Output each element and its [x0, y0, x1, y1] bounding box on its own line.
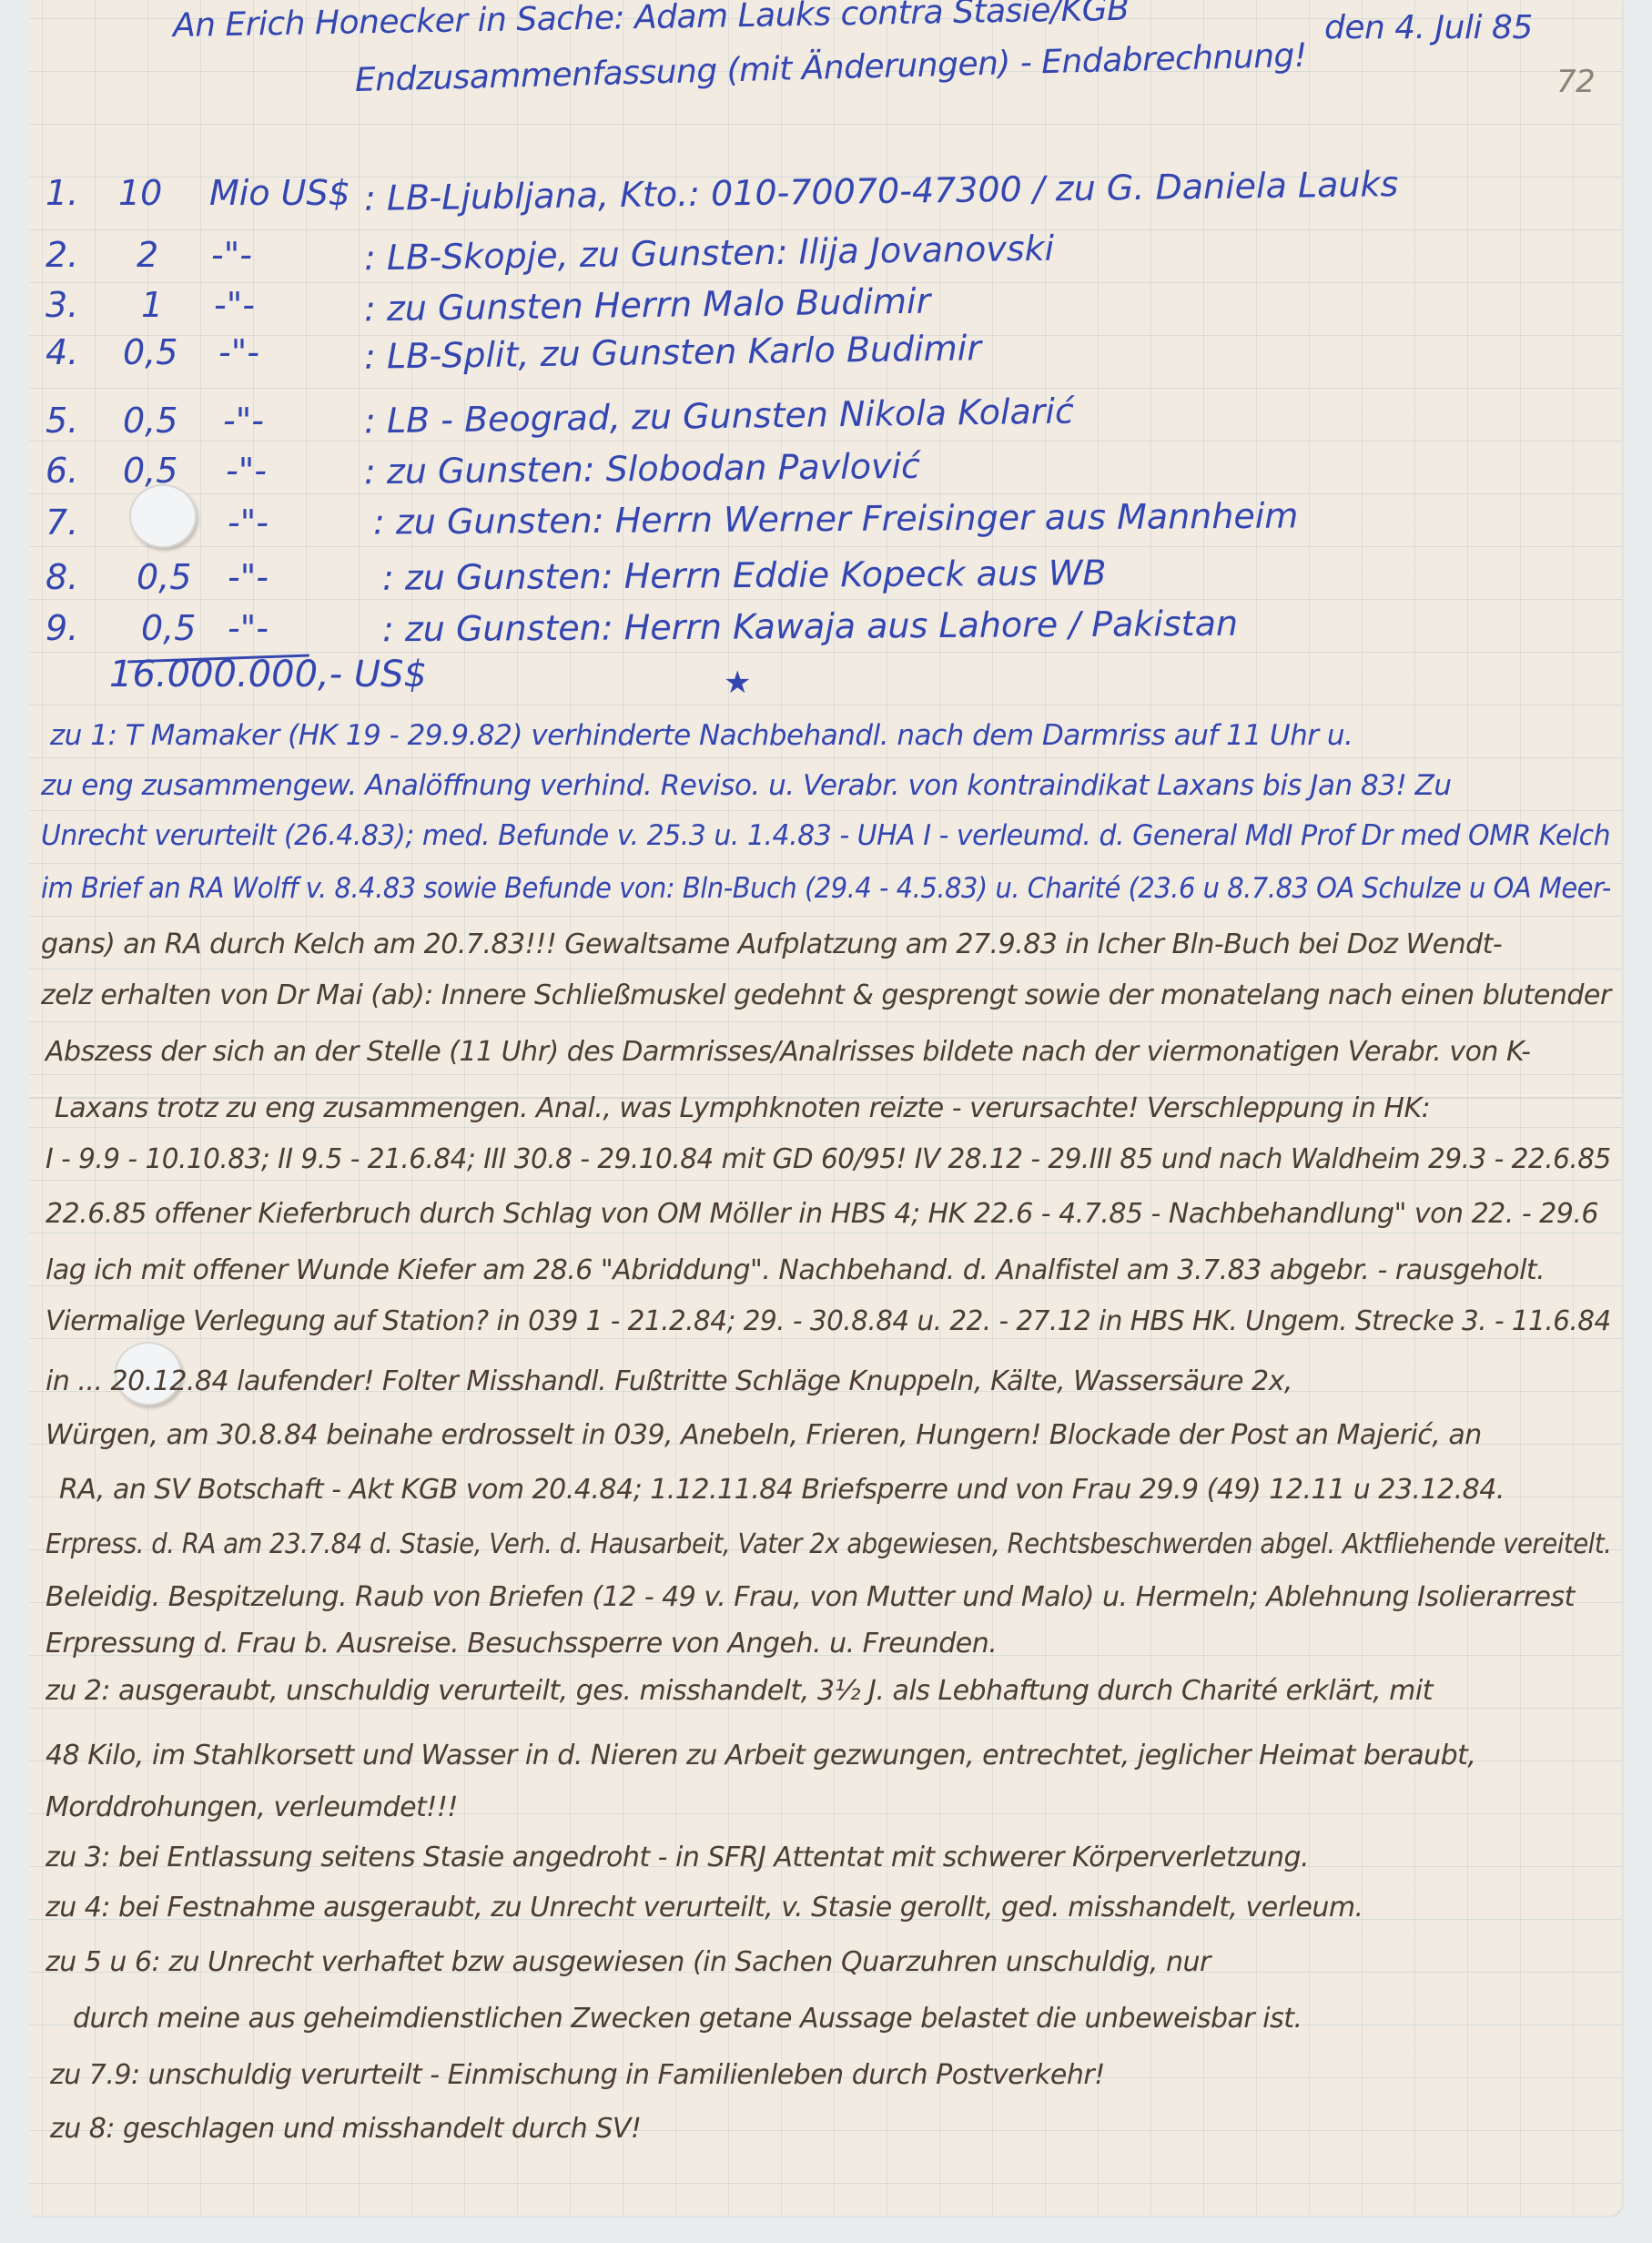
note-line: 48 Kilo, im Stahlkorsett und Wasser in d… [46, 1740, 1475, 1771]
payment-unit: -"- [218, 332, 259, 372]
payment-unit: -"- [211, 235, 252, 275]
note-line: Erpress. d. RA am 23.7.84 d. Stasie, Ver… [46, 1528, 1611, 1560]
punch-hole-top [129, 484, 197, 548]
note-line: zu 4: bei Festnahme ausgeraubt, zu Unrec… [46, 1892, 1363, 1923]
payment-num: 4. [46, 332, 78, 372]
payment-amount: 0,5 [141, 608, 196, 648]
note-line: zelz erhalten von Dr Mai (ab): Innere Sc… [41, 979, 1611, 1011]
payment-amount: 10 [118, 173, 162, 213]
note-line: Würgen, am 30.8.84 beinahe erdrosselt in… [46, 1419, 1482, 1451]
note-line: zu 1: T Mamaker (HK 19 - 29.9.82) verhin… [50, 719, 1353, 752]
note-line: Erpressung d. Frau b. Ausreise. Besuchss… [46, 1628, 997, 1659]
payment-num: 7. [46, 502, 78, 543]
note-line: Abszess der sich an der Stelle (11 Uhr) … [46, 1036, 1530, 1068]
note-line: Beleidig. Bespitzelung. Raub von Briefen… [46, 1581, 1575, 1613]
payment-unit: -"- [226, 451, 267, 491]
payment-total: 16.000.000,- US$ [109, 654, 427, 695]
note-line: zu 7.9: unschuldig verurteilt - Einmisch… [50, 2059, 1105, 2091]
page-number: 72 [1556, 64, 1595, 100]
note-line: lag ich mit offener Wunde Kiefer am 28.6… [46, 1254, 1545, 1286]
payment-unit: -"- [223, 401, 264, 441]
payment-unit: -"- [214, 285, 255, 325]
note-line: zu 3: bei Entlassung seitens Stasie ange… [46, 1842, 1309, 1873]
note-line: im Brief an RA Wolff v. 8.4.83 sowie Bef… [41, 872, 1611, 905]
note-line: in ... 20.12.84 laufender! Folter Missha… [46, 1365, 1292, 1397]
star-mark: ★ [724, 665, 751, 701]
payment-num: 8. [46, 557, 78, 597]
payment-text: : zu Gunsten: Herrn Werner Freisinger au… [373, 495, 1299, 542]
note-line: 22.6.85 offener Kieferbruch durch Schlag… [46, 1198, 1598, 1230]
note-line: I - 9.9 - 10.10.83; II 9.5 - 21.6.84; II… [46, 1143, 1611, 1175]
letter-date: den 4. Juli 85 [1324, 9, 1533, 46]
payment-num: 9. [46, 608, 78, 648]
note-line: Viermalige Verlegung auf Station? in 039… [46, 1305, 1611, 1337]
payment-text: : zu Gunsten Herrn Malo Budimir [364, 281, 931, 330]
payment-amount: 0,5 [123, 451, 177, 491]
payment-unit: -"- [228, 608, 269, 648]
note-line: Unrecht verurteilt (26.4.83); med. Befun… [41, 819, 1610, 852]
payment-num: 6. [46, 451, 78, 491]
note-line: Morddrohungen, verleumdet!!! [46, 1791, 458, 1823]
payment-unit: -"- [228, 557, 269, 597]
note-line: zu 8: geschlagen und misshandelt durch S… [50, 2113, 641, 2145]
note-line: zu eng zusammengew. Analöffnung verhind.… [41, 769, 1452, 802]
payment-text: : zu Gunsten: Herrn Kawaja aus Lahore / … [382, 604, 1238, 650]
payment-num: 2. [46, 235, 78, 275]
payment-unit: -"- [228, 502, 269, 543]
payment-amount: 0,5 [123, 401, 177, 441]
payment-amount: 2 [137, 235, 158, 275]
payment-num: 5. [46, 401, 78, 441]
payment-amount: 1 [141, 285, 163, 325]
payment-num: 1. [46, 173, 78, 213]
note-line: zu 5 u 6: zu Unrecht verhaftet bzw ausge… [46, 1946, 1211, 1978]
note-line: durch meine aus geheimdienstlichen Zweck… [73, 2003, 1302, 2035]
payment-text: : zu Gunsten: Slobodan Pavlović [364, 446, 920, 492]
payment-text: : zu Gunsten: Herrn Eddie Kopeck aus WB [382, 553, 1107, 598]
payment-num: 3. [46, 285, 78, 325]
payment-unit: Mio US$ [209, 173, 350, 213]
note-line: gans) an RA durch Kelch am 20.7.83!!! Ge… [41, 929, 1502, 960]
note-line: Laxans trotz zu eng zusammengen. Anal., … [55, 1092, 1430, 1124]
note-line: zu 2: ausgeraubt, unschuldig verurteilt,… [46, 1675, 1433, 1707]
note-line: RA, an SV Botschaft - Akt KGB vom 20.4.8… [59, 1474, 1505, 1506]
payment-amount: 0,5 [137, 557, 191, 597]
payment-amount: 0,5 [123, 332, 177, 372]
